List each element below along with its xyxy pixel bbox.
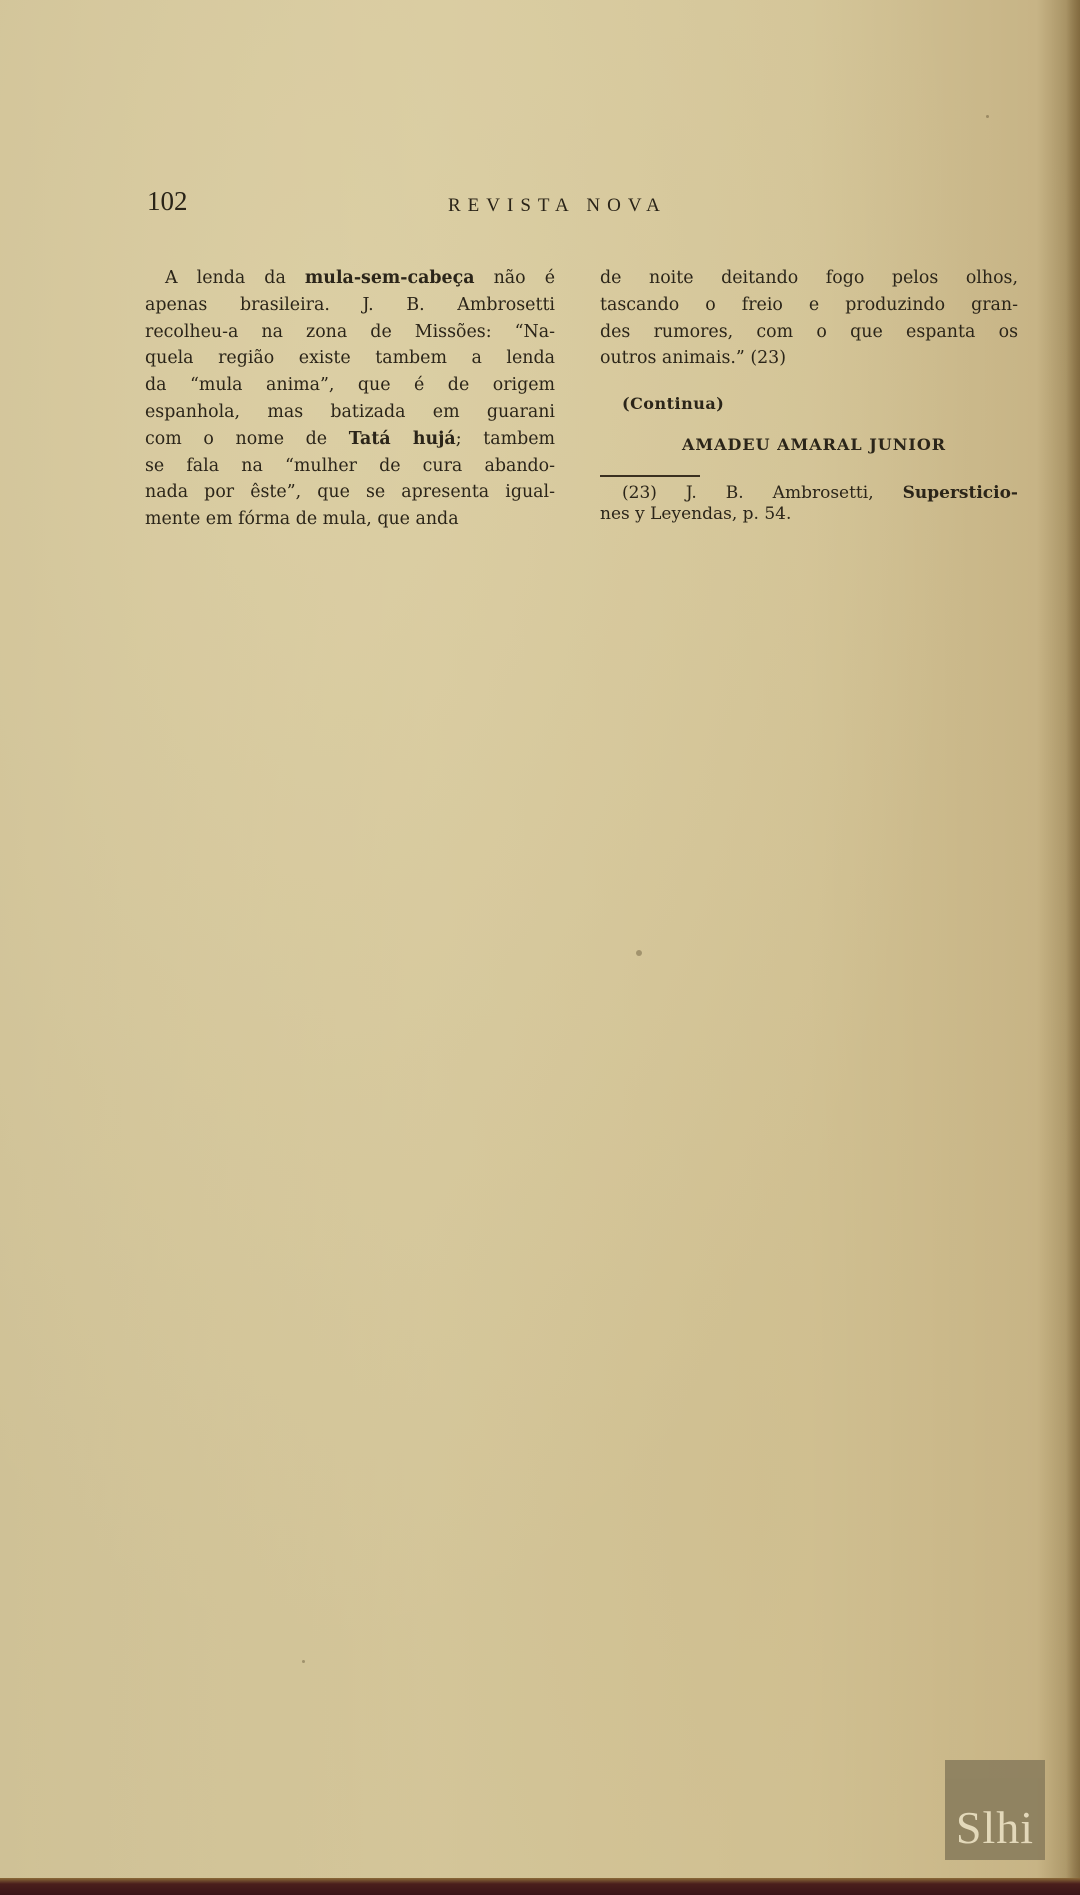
running-head: REVISTA NOVA [448, 195, 667, 217]
paper-speck [636, 950, 642, 956]
text-line: nada por êste”, que se apresenta igual- [145, 479, 555, 506]
text-line: com o nome de Tatá hujá; tambem [145, 426, 555, 453]
page-number: 102 [147, 186, 188, 217]
text-line: espanhola, mas batizada em guarani [145, 399, 555, 426]
text-line: da “mula anima”, que é de origem [145, 372, 555, 399]
paper-speck [302, 1660, 305, 1663]
emphasis: mula-sem-cabeça [305, 268, 475, 288]
library-watermark-logo: Slhi [945, 1760, 1045, 1860]
text-line: se fala na “mulher de cura abando- [145, 453, 555, 480]
footnote-line-1: (23) J. B. Ambrosetti, Supersticio- [600, 483, 1018, 504]
text-line: quela região existe tambem a lenda [145, 345, 555, 372]
left-column: A lenda da mula-sem-cabeça não éapenas b… [145, 265, 555, 533]
author-signature: AMADEU AMARAL JUNIOR [682, 432, 1018, 459]
text-line: apenas brasileira. J. B. Ambrosetti [145, 292, 555, 319]
footnote-line-2: nes y Leyendas, p. 54. [600, 504, 1018, 525]
footnote: (23) J. B. Ambrosetti, Supersticio- nes … [600, 483, 1018, 525]
emphasis: Tatá hujá [349, 429, 456, 449]
scanned-page: 102 REVISTA NOVA A lenda da mula-sem-cab… [0, 0, 1080, 1878]
paper-speck [986, 115, 989, 118]
book-cover-edge [0, 1878, 1080, 1895]
continued-note: (Continua) [622, 391, 1018, 418]
text-line: outros animais.” (23) [600, 345, 1018, 372]
text-line: des rumores, com o que espanta os [600, 319, 1018, 346]
text-line: recolheu-a na zona de Missões: “Na- [145, 319, 555, 346]
article-paragraph: A lenda da mula-sem-cabeça não éapenas b… [145, 265, 555, 533]
text-line: tascando o freio e produzindo gran- [600, 292, 1018, 319]
text-line: A lenda da mula-sem-cabeça não é [145, 265, 555, 292]
footnote-rule [600, 475, 700, 477]
text-line: mente em fórma de mula, que anda [145, 506, 555, 533]
article-paragraph-continued: de noite deitando fogo pelos olhos,tasca… [600, 265, 1018, 372]
text-line: de noite deitando fogo pelos olhos, [600, 265, 1018, 292]
right-column: de noite deitando fogo pelos olhos,tasca… [600, 265, 1018, 525]
